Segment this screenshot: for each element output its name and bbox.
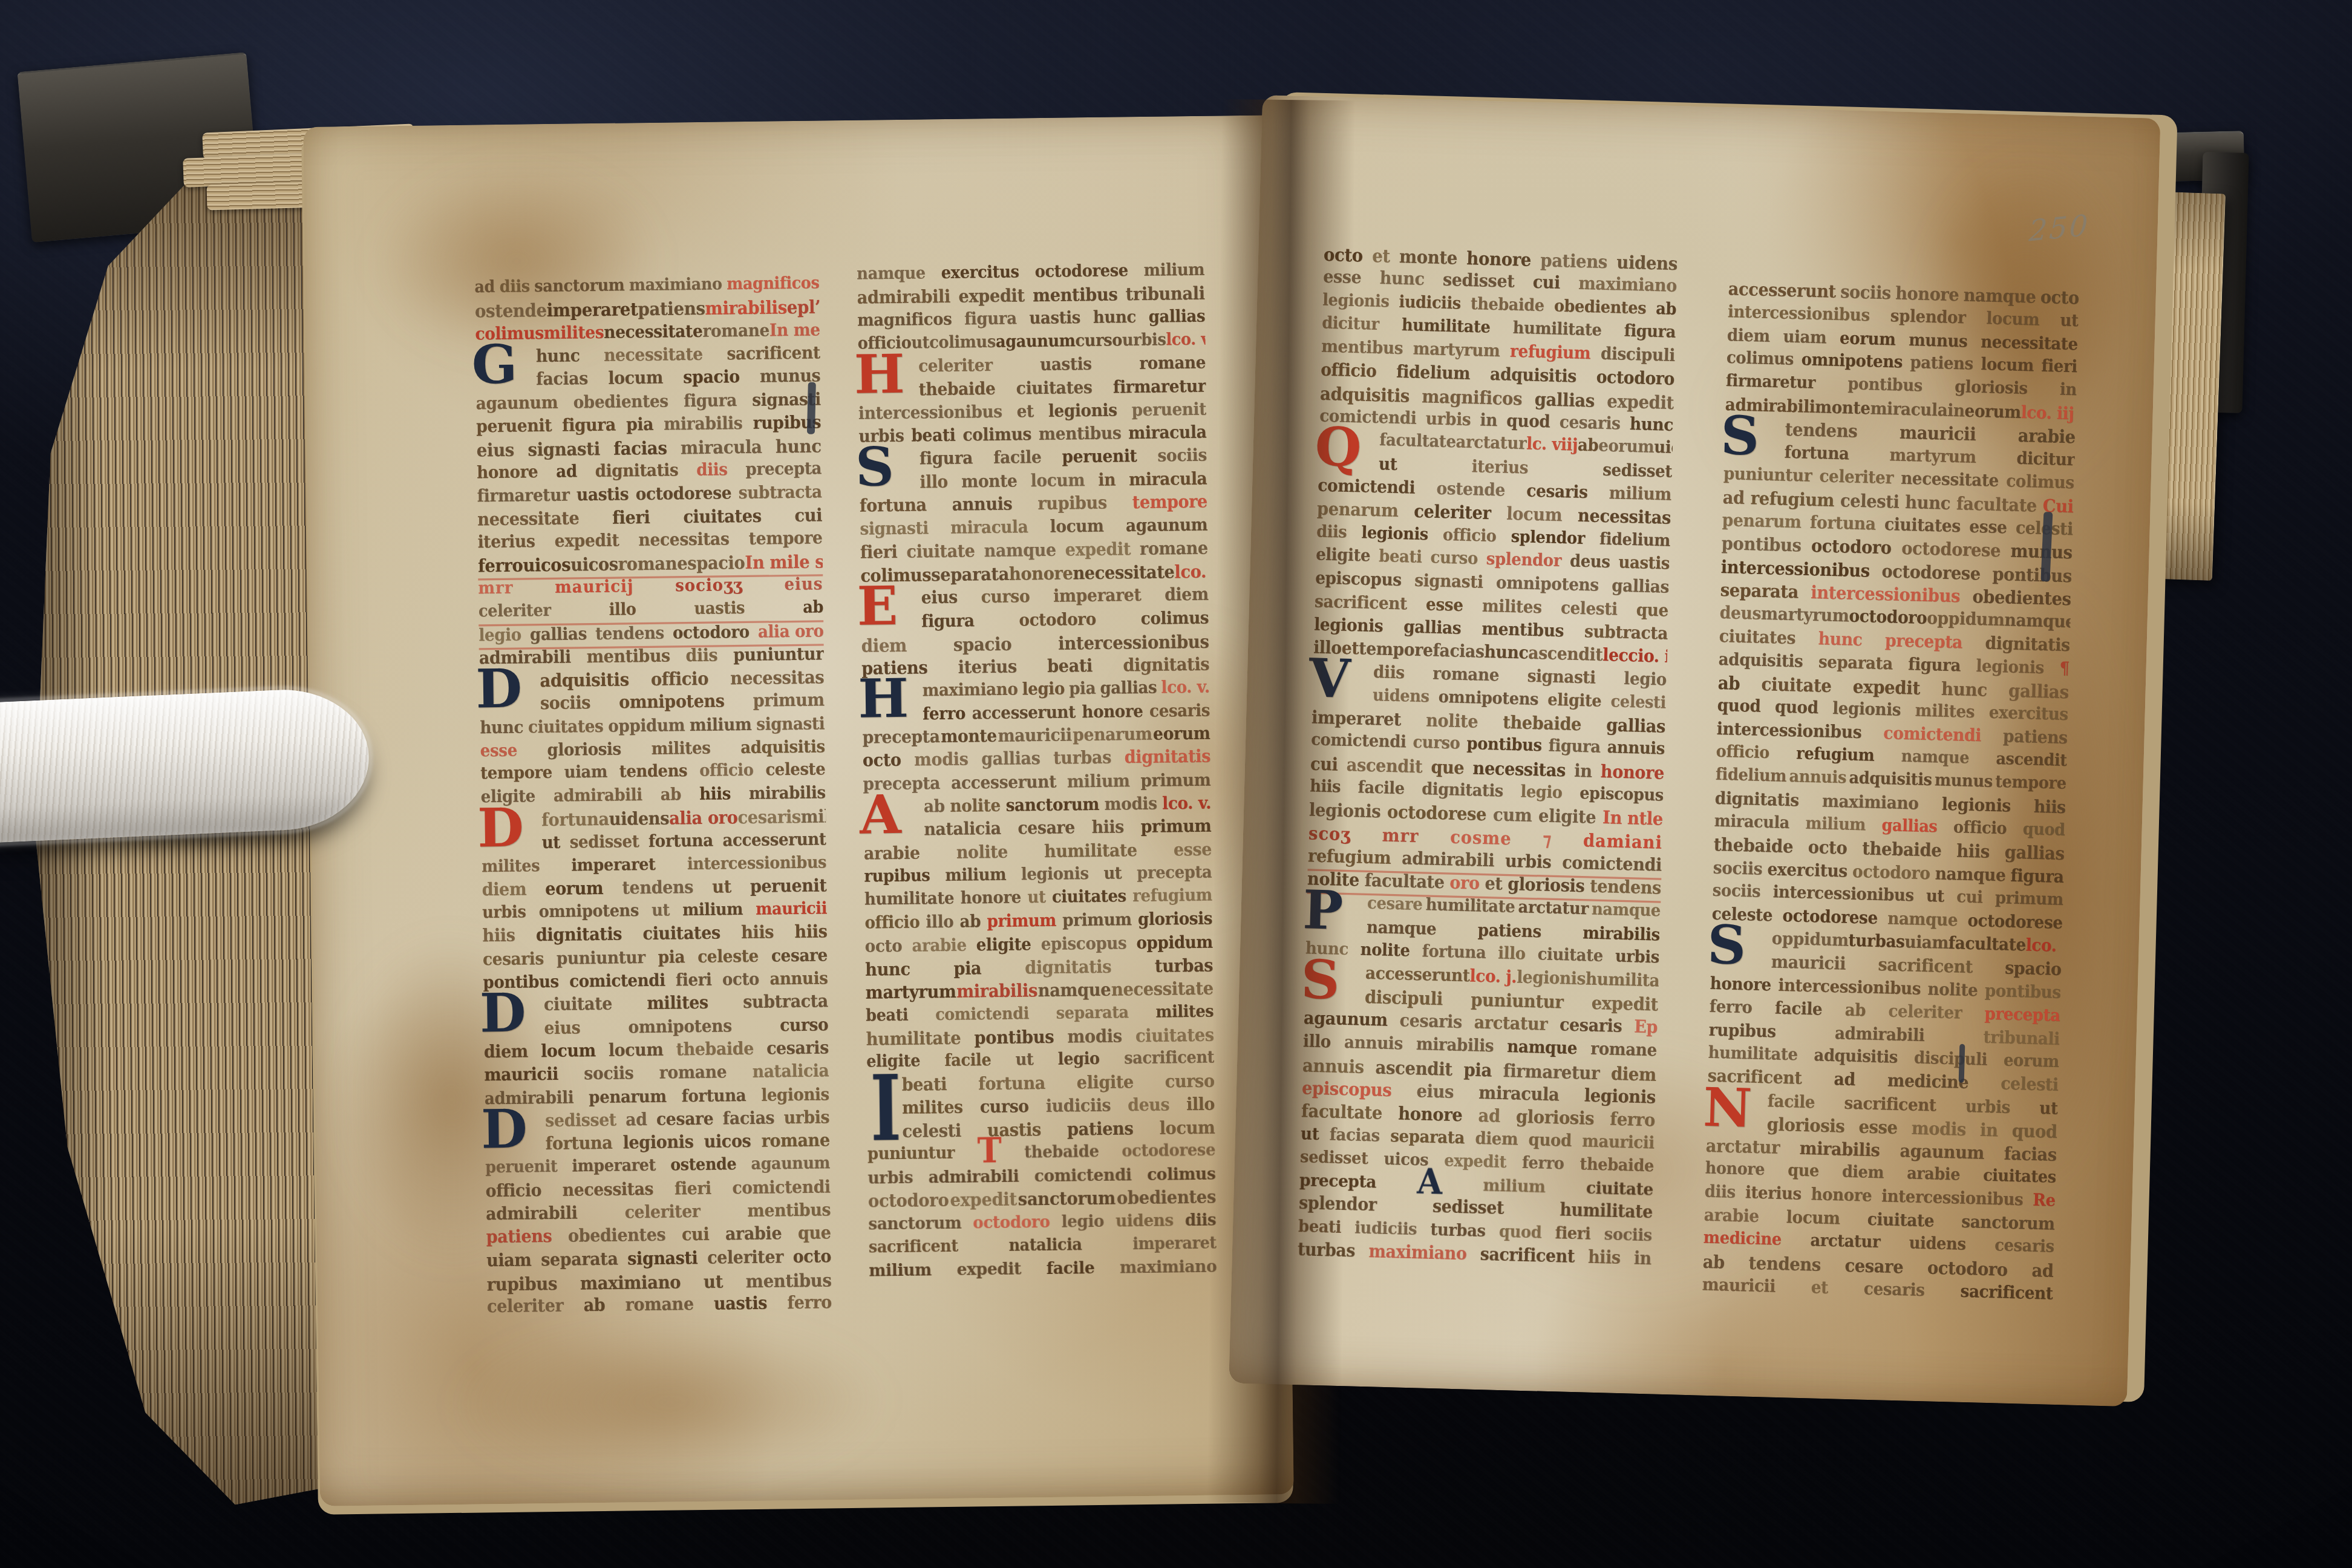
text-column-left-a: addiissanctorummaximianomagnificosostend…: [474, 273, 832, 1334]
text-column-left-b: namqueexercitusoctodoresemiliumadmirabil…: [857, 260, 1217, 1298]
photograph-scene: addiissanctorummaximianomagnificosostend…: [0, 0, 2352, 1568]
illuminated-initial: I: [870, 1070, 901, 1147]
illuminated-initial: E: [857, 583, 898, 629]
illuminated-initial: H: [854, 351, 905, 397]
gutter-shadow: [1207, 99, 1355, 1504]
illuminated-initial: D: [481, 1106, 528, 1152]
manuscript-text-line: miliumexpeditfacilemaximiano: [869, 1256, 1217, 1285]
text-column-right-a: octoetmontehonorepatiensuidensessehuncse…: [1297, 244, 1678, 1287]
ink-mark: [1959, 1044, 1965, 1083]
illuminated-initial: G: [471, 342, 517, 388]
illuminated-initial: N: [1702, 1084, 1752, 1131]
illuminated-initial: A: [860, 792, 901, 838]
left-parchment-page: addiissanctorummaximianomagnificosostend…: [303, 115, 1294, 1506]
right-parchment-page: octoetmontehonorepatiensuidensessehuncse…: [1229, 95, 2160, 1406]
illuminated-initial: D: [475, 666, 522, 712]
manuscript-text-line: celeriterabromaneuastisferro: [487, 1293, 832, 1322]
illuminated-initial: D: [477, 805, 524, 851]
illuminated-initial: D: [480, 990, 526, 1036]
ink-mark: [807, 382, 816, 434]
illuminated-initial: S: [1707, 922, 1746, 968]
folio-number: 250: [2028, 208, 2091, 248]
illuminated-initial: H: [858, 676, 909, 722]
illuminated-initial: S: [855, 444, 894, 490]
illuminated-initial: S: [1720, 413, 1760, 459]
white-glove-finger: [0, 686, 372, 843]
text-column-right-b: accesseruntsociishonorenamqueoctointerce…: [1702, 278, 2080, 1321]
